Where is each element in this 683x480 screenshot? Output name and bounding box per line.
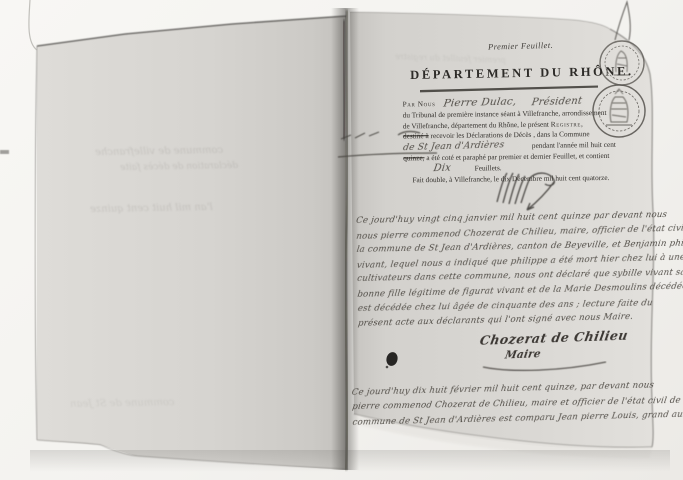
page-stack-shadow	[30, 450, 670, 472]
register-paragraph: Par Nous Pierre Dulac, Président du Trib…	[402, 96, 641, 186]
struck-year-word: quinze,	[403, 153, 424, 162]
feuillet-count-handwritten: Dix	[433, 163, 452, 174]
president-role-handwritten: Président	[531, 97, 583, 109]
handwritten-entry-2: Ce jourd'huy dix huit février mil huit c…	[352, 378, 659, 430]
president-name-handwritten: Pierre Dulac,	[442, 96, 517, 109]
register-line-3-text: de Villefranche, département du Rhône, l…	[403, 119, 551, 130]
bleedthrough-line: l'an mil huit cent quinze	[90, 202, 213, 215]
scanned-register-photo: commune de villefranche déclaration de d…	[0, 0, 683, 480]
bleedthrough-line: déclaration de décès faite	[120, 161, 238, 173]
struck-word: destiné à	[403, 132, 429, 141]
par-nous-label: Par Nous	[402, 99, 435, 108]
feuillets-label: Feuillets.	[475, 163, 502, 172]
register-line-4-text: recevoir les Déclarations de Décès , dan…	[429, 130, 590, 141]
register-line-5-text: pendant l'année mil huit cent	[532, 140, 616, 150]
mayor-title: Maire	[504, 348, 542, 361]
bleedthrough-line: commune de St Jean	[70, 397, 175, 410]
registre-label: Registre,	[551, 119, 584, 128]
handwritten-entry-1: Ce jourd'huy vingt cinq janvier mil huit…	[356, 208, 654, 330]
bleedthrough-line: commune de villefranche	[95, 145, 223, 158]
